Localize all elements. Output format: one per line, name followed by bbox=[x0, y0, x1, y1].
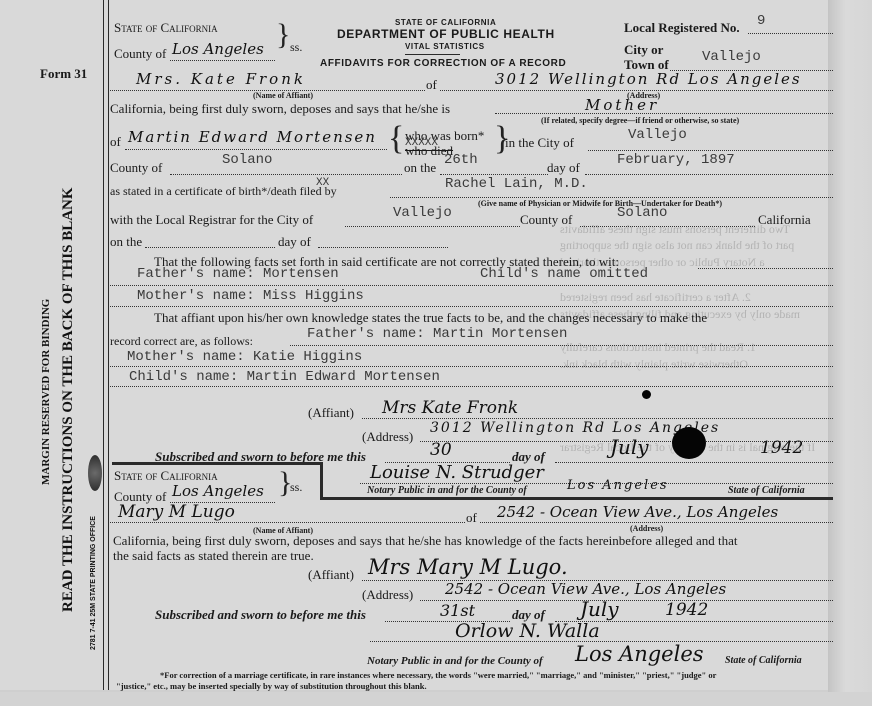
day-of-label-2: day of bbox=[278, 234, 311, 250]
affiant2-address[interactable]: 2542 - Ocean View Ave., Los Angeles bbox=[497, 503, 778, 521]
page-edge bbox=[828, 0, 872, 706]
agency-department: DEPARTMENT OF PUBLIC HEALTH bbox=[337, 27, 555, 41]
cert-strike: XX bbox=[316, 177, 329, 189]
affiant-label-2: (Affiant) bbox=[308, 567, 354, 583]
bleed-through-text: Otherwise write plainly with black ink. bbox=[560, 357, 748, 372]
california-label: California bbox=[758, 212, 811, 228]
local-reg-line bbox=[748, 33, 833, 34]
of-label-3: of bbox=[466, 510, 477, 526]
address-label-2: (Address) bbox=[362, 587, 413, 603]
affiant1-signature[interactable]: Mrs Kate Fronk bbox=[382, 398, 518, 418]
subscribed-day[interactable]: 30 bbox=[430, 440, 452, 460]
subscribed-year-2[interactable]: 1942 bbox=[665, 600, 708, 620]
name-caption: (Name of Affiant) bbox=[253, 91, 313, 100]
filed-day-line bbox=[145, 247, 275, 248]
bleed-through-text: 2. After a certificate has been register… bbox=[560, 290, 751, 305]
notary-state-label: State of California bbox=[728, 485, 805, 496]
bleed-through-text: Two different persons must sign these af… bbox=[560, 222, 790, 237]
county-line bbox=[170, 60, 275, 61]
notary-box-right bbox=[320, 462, 323, 500]
county-of-label: County of bbox=[110, 160, 162, 176]
true-facts-intro: That affiant upon his/her own knowledge … bbox=[154, 310, 707, 326]
affiant1-address[interactable]: 3012 Wellington Rd Los Angeles bbox=[495, 70, 802, 88]
notary1-signature[interactable]: Louise N. Strudger bbox=[370, 462, 544, 483]
subscribed-month-line bbox=[555, 462, 833, 463]
relation-value[interactable]: Mother bbox=[585, 96, 659, 114]
city-label-1: City or bbox=[624, 42, 663, 58]
stated-text: as stated in a certificate of birth*/dea… bbox=[110, 184, 337, 199]
affiant1-name[interactable]: Mrs. Kate Fronk bbox=[136, 70, 306, 88]
county-label: County of bbox=[114, 46, 166, 62]
address-label: (Address) bbox=[362, 429, 413, 445]
incorrect-facts-line-2 bbox=[110, 306, 833, 307]
birth-city-line bbox=[588, 150, 833, 151]
bleed-through-text: 1. Read the printed instructions careful… bbox=[560, 340, 756, 355]
registrar-city-line bbox=[345, 226, 520, 227]
affiant2-signature[interactable]: Mrs Mary M Lugo. bbox=[368, 555, 568, 579]
agency-state: STATE OF CALIFORNIA bbox=[395, 18, 496, 27]
birth-county[interactable]: Solano bbox=[222, 152, 272, 168]
filed-by[interactable]: Rachel Lain, M.D. bbox=[445, 176, 588, 192]
birth-month-year[interactable]: February, 1897 bbox=[617, 152, 735, 168]
correct-facts-line-1 bbox=[290, 345, 833, 346]
registrar-county-label: County of bbox=[520, 212, 572, 228]
address-signature-line-2 bbox=[420, 600, 833, 601]
facts-intro-line bbox=[698, 268, 833, 269]
birth-day-line bbox=[440, 174, 548, 175]
form-number: Form 31 bbox=[40, 66, 87, 82]
notary1-county[interactable]: Los Angeles bbox=[567, 478, 669, 493]
affiant2-name-line bbox=[110, 522, 465, 523]
sworn-text-2b: the said facts as stated therein are tru… bbox=[113, 548, 314, 564]
notary-state-label-2: State of California bbox=[725, 655, 802, 666]
affiant2-name[interactable]: Mary M Lugo bbox=[118, 502, 235, 522]
sworn-text: California, being first duly sworn, depo… bbox=[110, 101, 450, 117]
form-title: AFFIDAVITS FOR CORRECTION OF A RECORD bbox=[320, 58, 566, 69]
notary-box-top bbox=[112, 462, 322, 465]
correct-facts-line-2 bbox=[110, 366, 833, 367]
city-value[interactable]: Vallejo bbox=[702, 49, 761, 65]
notary-label-2: Notary Public in and for the County of bbox=[367, 655, 543, 667]
affiant-signature-line bbox=[362, 418, 833, 419]
local-reg-value[interactable]: 9 bbox=[757, 13, 765, 29]
registrar-city[interactable]: Vallejo bbox=[393, 205, 452, 221]
subscribed-day-2[interactable]: 31st bbox=[440, 601, 475, 620]
filed-by-line bbox=[390, 197, 833, 198]
ss-label: ss. bbox=[290, 40, 302, 55]
notary-box-bottom bbox=[320, 497, 833, 500]
birth-day[interactable]: 26th bbox=[444, 152, 478, 168]
affiant2-address-line bbox=[480, 522, 833, 523]
local-reg-label: Local Registered No. bbox=[624, 20, 740, 36]
notary2-county[interactable]: Los Angeles bbox=[575, 642, 704, 666]
county-value-2[interactable]: Los Angeles bbox=[172, 482, 264, 500]
address-caption-2: (Address) bbox=[630, 524, 663, 533]
county-value[interactable]: Los Angeles bbox=[172, 40, 264, 58]
margin-rule-inner bbox=[108, 0, 109, 690]
filed-month-line bbox=[318, 247, 448, 248]
bleed-through-text: part of the blank can not also sign the … bbox=[560, 238, 794, 253]
printing-office-seal-icon bbox=[88, 455, 102, 491]
registrar-county-line bbox=[580, 226, 755, 227]
incorrect-fact-2[interactable]: Child's name omitted bbox=[480, 266, 648, 282]
subscribed-text-2: Subscribed and sworn to before me this bbox=[155, 607, 366, 623]
birth-month-line bbox=[585, 174, 833, 175]
on-the-label: on the bbox=[404, 160, 436, 176]
subscribed-year[interactable]: 1942 bbox=[760, 438, 803, 458]
registrar-text: with the Local Registrar for the City of bbox=[110, 212, 313, 228]
brace: { bbox=[388, 120, 404, 158]
correct-fact-1[interactable]: Father's name: Martin Mortensen bbox=[307, 326, 567, 342]
brace: } bbox=[276, 18, 290, 52]
title-rule bbox=[405, 54, 460, 55]
record-correct-label: record correct are, as follows: bbox=[110, 334, 253, 349]
affiant-label: (Affiant) bbox=[308, 405, 354, 421]
ink-dot bbox=[642, 390, 651, 399]
relation-line bbox=[495, 113, 833, 114]
died-strike: XXXXX bbox=[405, 137, 438, 149]
of-label-2: of bbox=[110, 134, 121, 150]
subject-name[interactable]: Martin Edward Mortensen bbox=[128, 128, 377, 146]
margin-rule bbox=[103, 0, 104, 690]
correct-fact-2[interactable]: Mother's name: Katie Higgins bbox=[127, 349, 362, 365]
subject-name-line bbox=[125, 149, 387, 150]
notary-label: Notary Public in and for the County of bbox=[367, 485, 527, 496]
birth-city[interactable]: Vallejo bbox=[628, 127, 687, 143]
sworn-text-2a: California, being first duly sworn, depo… bbox=[113, 533, 738, 549]
footnote-line-2: "justice," etc., may be inserted special… bbox=[116, 681, 427, 691]
subscribed-month-2[interactable]: July bbox=[580, 597, 619, 621]
correct-fact-3[interactable]: Child's name: Martin Edward Mortensen bbox=[129, 369, 440, 385]
relation-caption: (If related, specify degree—if friend or… bbox=[541, 116, 739, 125]
ink-blot bbox=[672, 427, 706, 459]
footnote-line-1: *For correction of a marriage certificat… bbox=[160, 670, 716, 680]
registrar-county[interactable]: Solano bbox=[617, 205, 667, 221]
agency-subdivision: VITAL STATISTICS bbox=[405, 42, 485, 51]
incorrect-facts-line bbox=[110, 285, 833, 286]
incorrect-fact-3[interactable]: Mother's name: Miss Higgins bbox=[137, 288, 364, 304]
state-label: State of California bbox=[114, 20, 218, 36]
printer-note: 2781 7-41 25M STATE PRINTING OFFICE bbox=[90, 516, 97, 650]
binding-margin-note: MARGIN RESERVED FOR BINDING bbox=[40, 299, 52, 485]
notary2-signature[interactable]: Orlow N. Walla bbox=[455, 620, 600, 642]
subscribed-month[interactable]: July bbox=[610, 435, 649, 459]
page-bottom-edge bbox=[0, 692, 872, 706]
filed-by-caption: (Give name of Physician or Midwife for B… bbox=[478, 199, 722, 208]
affiant2-address-signature[interactable]: 2542 - Ocean View Ave., Los Angeles bbox=[445, 580, 726, 598]
birth-county-line bbox=[170, 174, 402, 175]
on-the-label-2: on the bbox=[110, 234, 142, 250]
instructions-note: READ THE INSTRUCTIONS ON THE BACK OF THI… bbox=[60, 187, 77, 612]
city-of-label: in the City of bbox=[505, 135, 574, 151]
incorrect-fact-1[interactable]: Father's name: Mortensen bbox=[137, 266, 339, 282]
correct-facts-line-3 bbox=[110, 386, 833, 387]
ss-label-2: ss. bbox=[290, 480, 302, 495]
day-of-label: day of bbox=[547, 160, 580, 176]
of-label: of bbox=[426, 77, 437, 93]
